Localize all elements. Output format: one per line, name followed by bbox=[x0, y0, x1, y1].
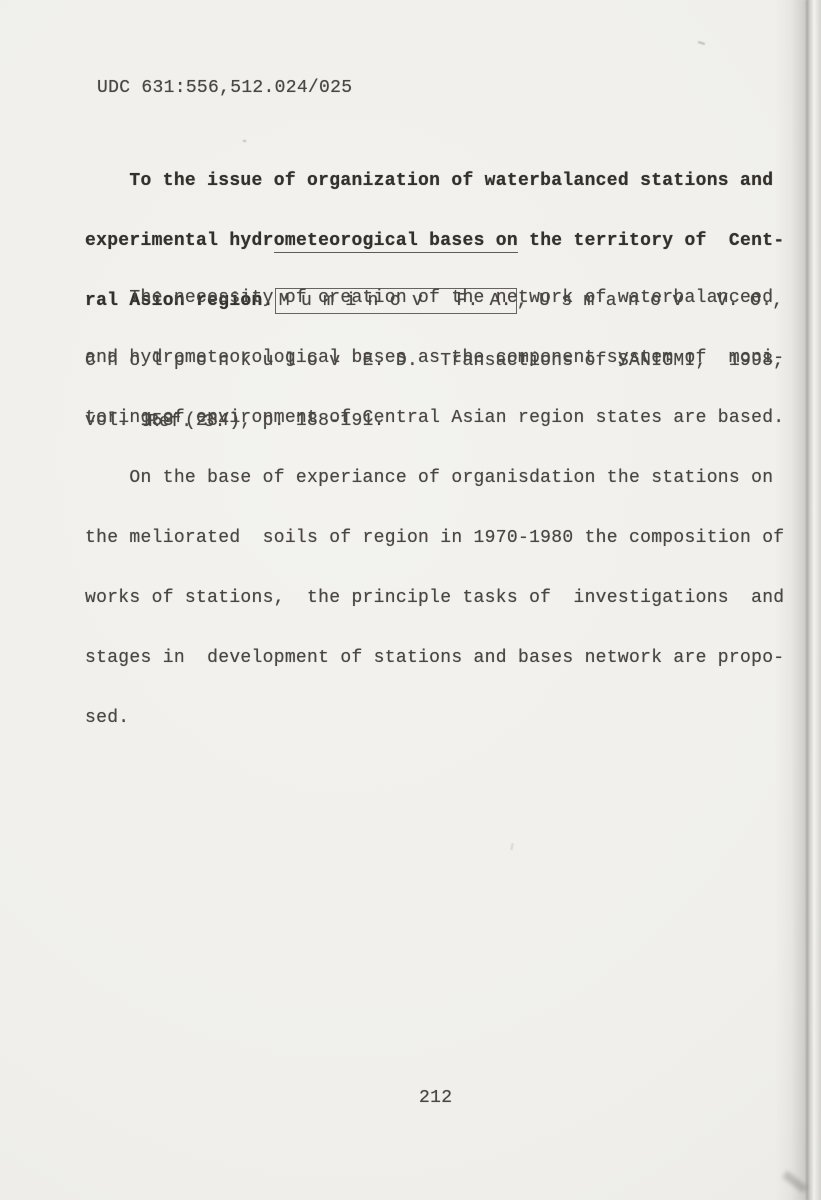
abstract-block: The necessity of creation of the network… bbox=[85, 248, 784, 768]
udc-code: UDC 631:556,512.024/025 bbox=[97, 78, 352, 98]
scan-speck bbox=[510, 843, 513, 850]
abstract-line: sed. bbox=[85, 708, 784, 728]
scanned-document-page: UDC 631:556,512.024/025 To the issue of … bbox=[0, 0, 821, 1200]
page-edge-line bbox=[806, 0, 808, 1200]
reference-count: Ref. 3. bbox=[148, 412, 226, 432]
scan-speck bbox=[698, 41, 705, 45]
abstract-line: works of stations, the principle tasks o… bbox=[85, 588, 784, 608]
abstract-line: On the base of experiance of organisdati… bbox=[85, 468, 784, 488]
abstract-line: and hydrometeorological bases as the com… bbox=[85, 348, 784, 368]
abstract-line: stages in development of stations and ba… bbox=[85, 648, 784, 668]
scan-smudge bbox=[782, 1171, 807, 1193]
abstract-line: the meliorated soils of region in 1970-1… bbox=[85, 528, 784, 548]
page-number: 212 bbox=[419, 1088, 452, 1108]
title-line-1: To the issue of organization of waterbal… bbox=[85, 171, 784, 191]
abstract-line: The necessity of creation of the network… bbox=[85, 288, 784, 308]
scan-speck bbox=[243, 140, 246, 142]
